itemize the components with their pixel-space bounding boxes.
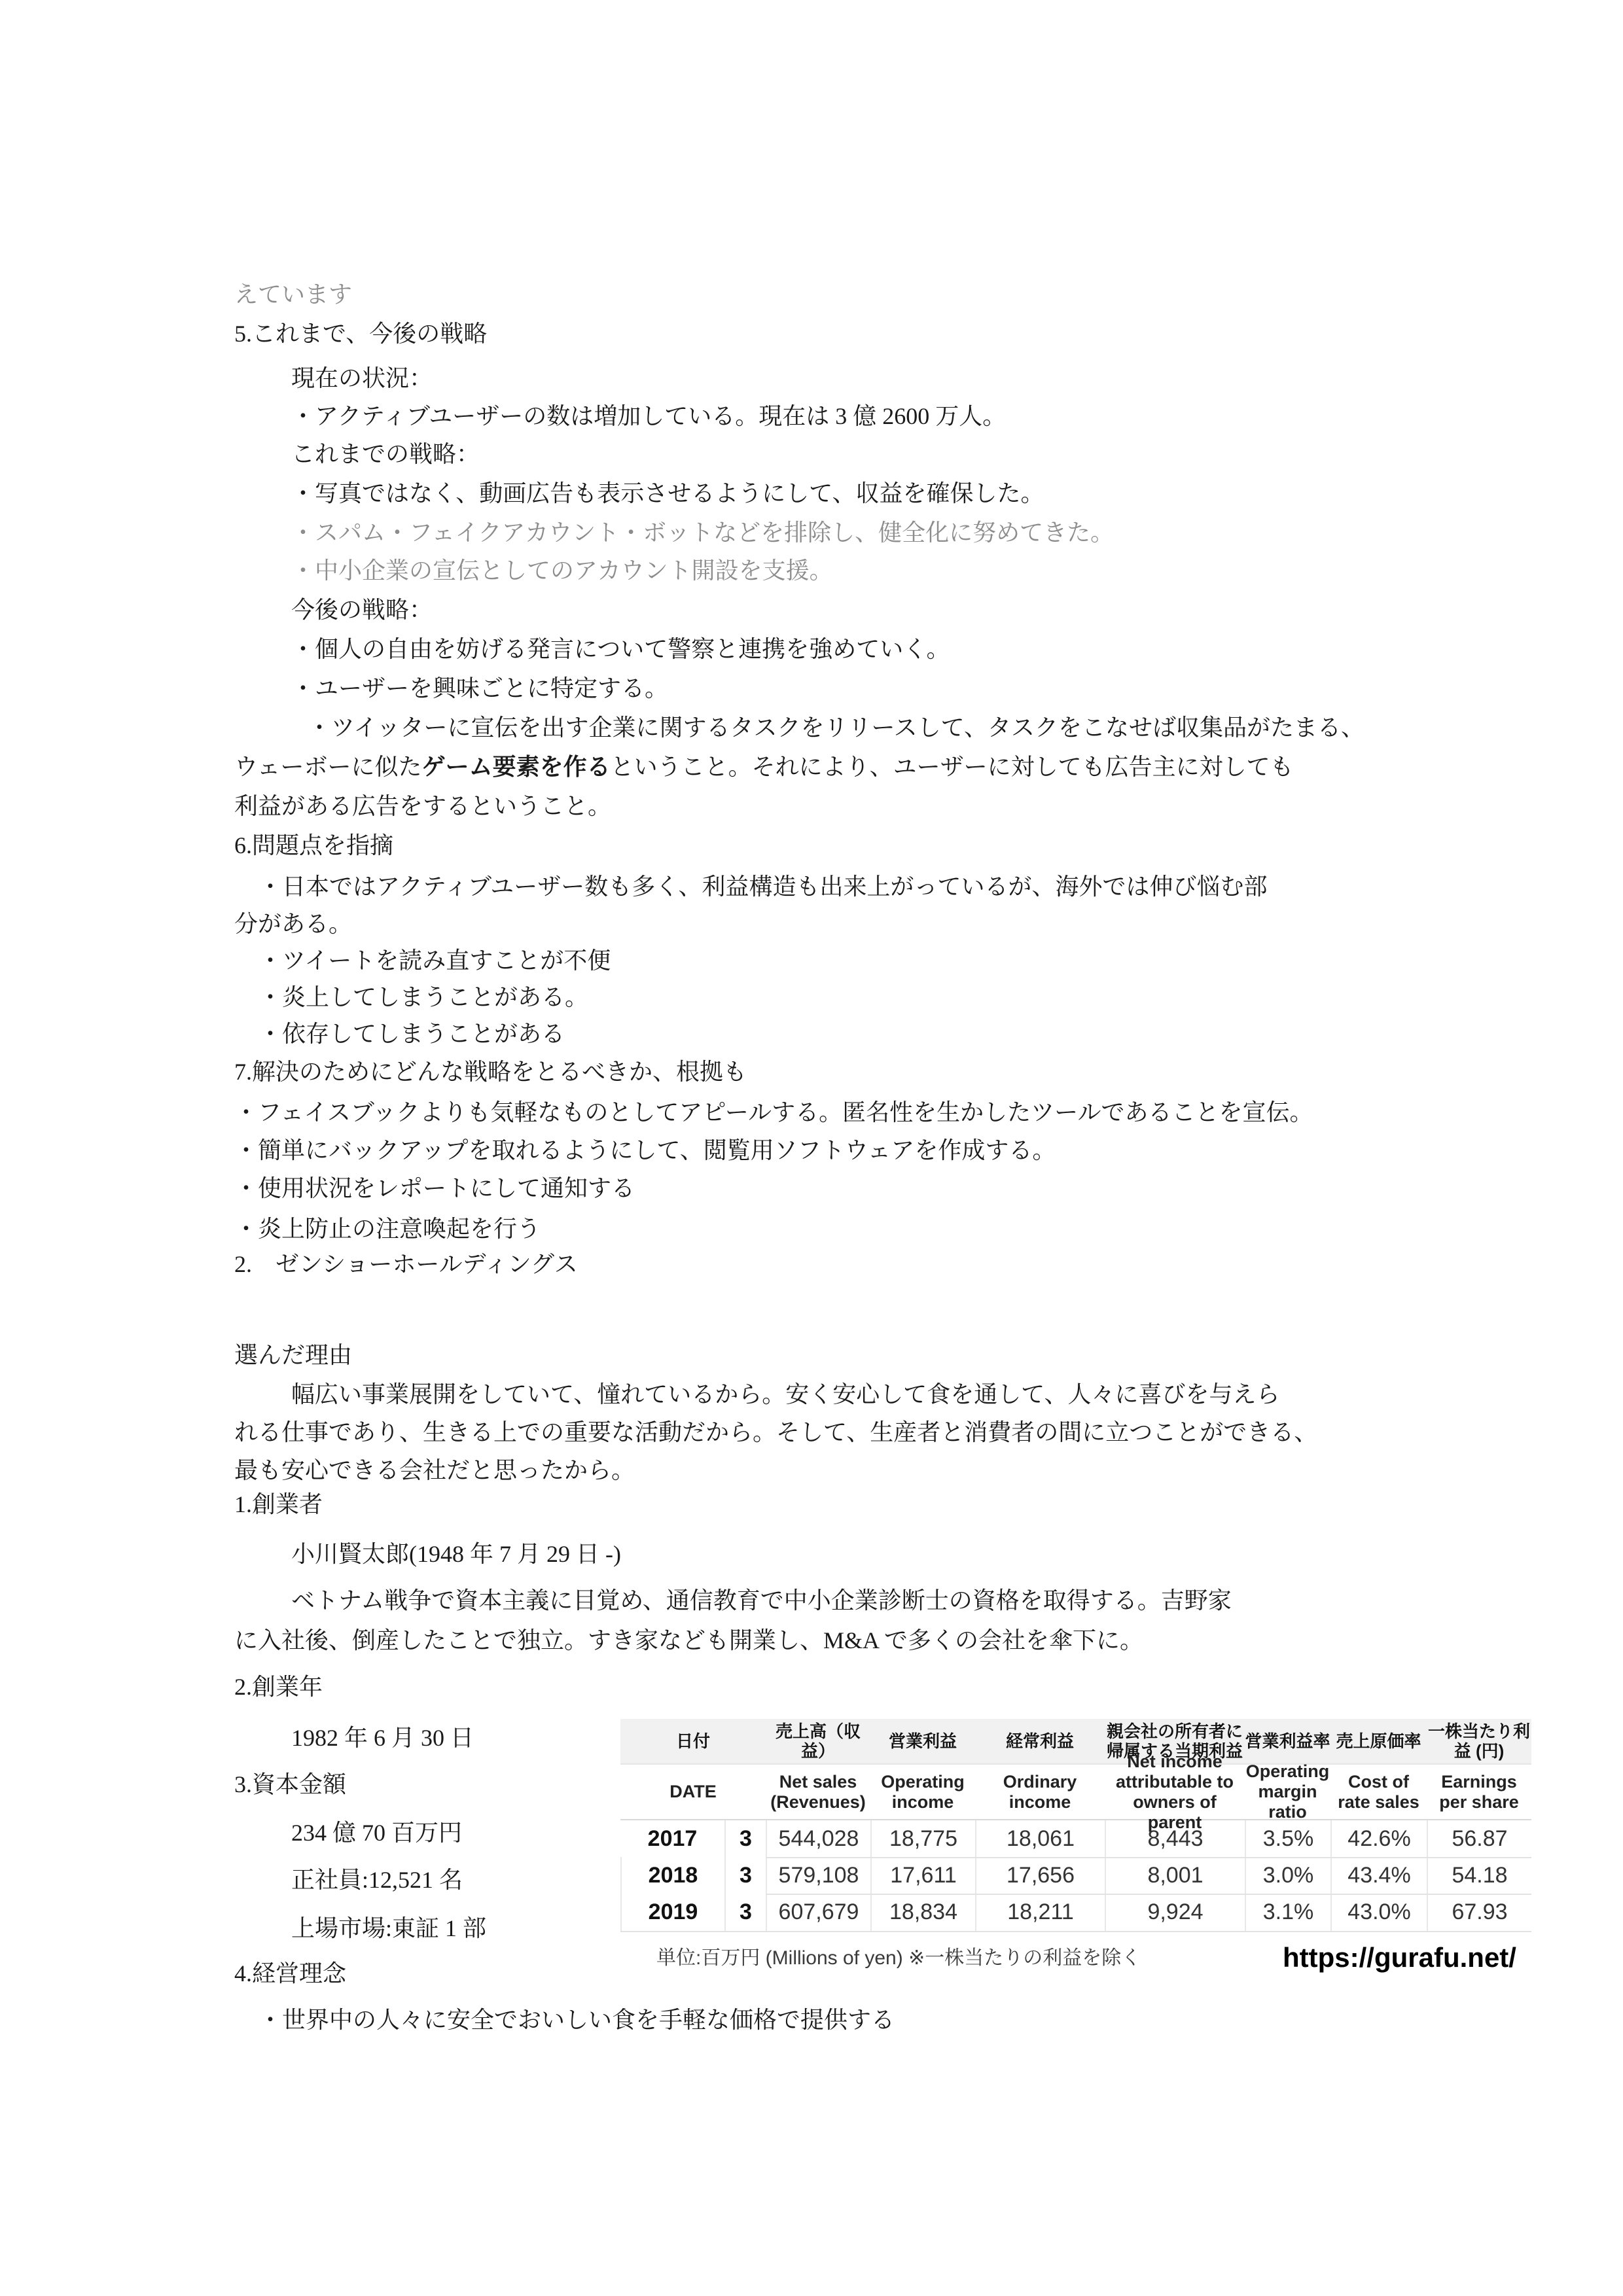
cell-value-0: 544,028 bbox=[766, 1820, 870, 1857]
table-footnote: 単位:百万円 (Millions of yen) ※一株当たりの利益を除く bbox=[656, 1943, 1141, 1973]
text-line-35: 1982 年 6 月 30 日 bbox=[291, 1718, 474, 1757]
cell-value-3: 9,924 bbox=[1105, 1894, 1245, 1931]
cell-value-6: 56.87 bbox=[1427, 1820, 1531, 1857]
text-line-19: ・依存してしまうことがある bbox=[259, 1014, 565, 1053]
table-header-en-2: Operating income bbox=[870, 1765, 975, 1819]
table-header-jp-3: 経常利益 bbox=[975, 1719, 1105, 1763]
table-header-en-7: Earnings per share bbox=[1427, 1765, 1531, 1819]
text-line-40: 4.経営理念 bbox=[234, 1954, 346, 1993]
table-header-en-5: Operating margin ratio bbox=[1245, 1765, 1330, 1819]
cell-month: 3 bbox=[724, 1820, 766, 1857]
table-source-url: https://gurafu.net/ bbox=[1283, 1941, 1516, 1975]
text-line-21: ・フェイスブックよりも気軽なものとしてアピールする。匿名性を生かしたツールである… bbox=[234, 1093, 1313, 1132]
text-line-8: 今後の戦略： bbox=[291, 590, 433, 629]
text-line-12: ウェーボーに似たゲーム要素を作るということ。それにより、ユーザーに対しても広告主… bbox=[234, 747, 1294, 786]
cell-year: 2019 bbox=[620, 1894, 724, 1931]
table-header-jp-1: 売上高（収益） bbox=[766, 1719, 870, 1763]
text-span: ウェーボーに似た bbox=[234, 754, 422, 780]
text-line-31: 小川賢太郎(1948 年 7 月 29 日 -) bbox=[291, 1534, 621, 1574]
table-header-en-4: Net income attributable to owners of par… bbox=[1105, 1765, 1245, 1819]
text-line-10: ・ユーザーを興味ごとに特定する。 bbox=[291, 669, 668, 708]
cell-value-2: 17,656 bbox=[975, 1857, 1105, 1894]
cell-value-0: 579,108 bbox=[766, 1857, 870, 1894]
text-line-13: 利益がある広告をするということ。 bbox=[234, 786, 611, 826]
text-line-39: 上場市場:東証 1 部 bbox=[291, 1909, 486, 1948]
text-line-2: 現在の状況： bbox=[291, 359, 433, 398]
cell-value-2: 18,211 bbox=[975, 1894, 1105, 1931]
text-line-25: 2. ゼンショーホールディングス bbox=[234, 1245, 578, 1284]
cell-value-0: 607,679 bbox=[766, 1894, 870, 1931]
table-header-row-en: DATENet sales (Revenues)Operating income… bbox=[620, 1765, 1531, 1820]
cell-value-5: 42.6% bbox=[1330, 1820, 1427, 1857]
text-line-27: 幅広い事業展開をしていて、憧れているから。安く安心して食を通して、人々に喜びを与… bbox=[291, 1375, 1280, 1414]
text-line-28: れる仕事であり、生きる上での重要な活動だから。そして、生産者と消費者の間に立つこ… bbox=[234, 1413, 1317, 1452]
table-header-en-3: Ordinary income bbox=[975, 1765, 1105, 1819]
table-row-2017: 20173544,02818,77518,0618,4433.5%42.6%56… bbox=[620, 1820, 1531, 1857]
text-line-9: ・個人の自由を妨げる発言について警察と連携を強めていく。 bbox=[291, 629, 950, 669]
text-line-20: 7.解決のためにどんな戦略をとるべきか、根拠も bbox=[234, 1052, 747, 1091]
cell-month: 3 bbox=[724, 1857, 766, 1894]
table-header-jp-6: 売上原価率 bbox=[1330, 1719, 1427, 1763]
table-header-en-1: Net sales (Revenues) bbox=[766, 1765, 870, 1819]
text-line-29: 最も安心できる会社だと思ったから。 bbox=[234, 1451, 635, 1490]
text-line-30: 1.創業者 bbox=[234, 1485, 323, 1524]
text-line-6: ・スパム・フェイクアカウント・ボットなどを排除し、健全化に努めてきた。 bbox=[291, 513, 1114, 552]
table-body: 20173544,02818,77518,0618,4433.5%42.6%56… bbox=[620, 1820, 1531, 1932]
cell-value-3: 8,443 bbox=[1105, 1820, 1245, 1857]
cell-value-4: 3.5% bbox=[1245, 1820, 1330, 1857]
text-line-37: 234 億 70 百万円 bbox=[291, 1813, 462, 1852]
cell-value-2: 18,061 bbox=[975, 1820, 1105, 1857]
table-header-jp-2: 営業利益 bbox=[870, 1719, 975, 1763]
cell-value-3: 8,001 bbox=[1105, 1857, 1245, 1894]
bold-phrase: ゲーム要素を作る bbox=[422, 754, 611, 780]
financial-table-image: 日付売上高（収益）営業利益経常利益親会社の所有者に帰属する当期利益営業利益率売上… bbox=[620, 1719, 1531, 1932]
table-row-2018: 20183579,10817,61117,6568,0013.0%43.4%54… bbox=[620, 1857, 1531, 1894]
text-line-16: 分がある。 bbox=[234, 904, 352, 944]
text-line-0: えています bbox=[234, 275, 352, 314]
text-line-1: 5.これまで、今後の戦略 bbox=[234, 314, 487, 353]
text-line-15: ・日本ではアクティブユーザー数も多く、利益構造も出来上がっているが、海外では伸び… bbox=[259, 867, 1268, 906]
text-line-24: ・炎上防止の注意喚起を行う bbox=[234, 1209, 541, 1248]
table-header-jp-7: 一株当たり利益 (円) bbox=[1427, 1719, 1531, 1763]
text-line-26: 選んだ理由 bbox=[234, 1335, 352, 1375]
text-line-34: 2.創業年 bbox=[234, 1667, 323, 1706]
text-line-14: 6.問題点を指摘 bbox=[234, 826, 393, 865]
text-line-22: ・簡単にバックアップを取れるようにして、閲覧用ソフトウェアを作成する。 bbox=[234, 1131, 1056, 1170]
text-line-33: に入社後、倒産したことで独立。すき家なども開業し、M&A で多くの会社を傘下に。 bbox=[234, 1621, 1143, 1660]
text-line-38: 正社員:12,521 名 bbox=[291, 1860, 463, 1899]
document-page: えています5.これまで、今後の戦略現在の状況：・アクティブユーザーの数は増加して… bbox=[0, 0, 1623, 2296]
text-line-5: ・写真ではなく、動画広告も表示させるようにして、収益を確保した。 bbox=[291, 474, 1044, 513]
text-line-3: ・アクティブユーザーの数は増加している。現在は 3 億 2600 万人。 bbox=[291, 397, 1006, 436]
cell-value-4: 3.0% bbox=[1245, 1857, 1330, 1894]
table-header-jp-5: 営業利益率 bbox=[1245, 1719, 1330, 1763]
text-line-41: ・世界中の人々に安全でおいしい食を手軽な価格で提供する bbox=[259, 2000, 895, 2040]
cell-year: 2018 bbox=[620, 1857, 724, 1894]
cell-value-6: 54.18 bbox=[1427, 1857, 1531, 1894]
text-span: ということ。それにより、ユーザーに対しても広告主に対しても bbox=[611, 754, 1294, 780]
cell-year: 2017 bbox=[620, 1820, 724, 1857]
text-line-17: ・ツイートを読み直すことが不便 bbox=[259, 941, 611, 980]
table-header-en-0: DATE bbox=[620, 1765, 766, 1819]
table-header-en-6: Cost of rate sales bbox=[1330, 1765, 1427, 1819]
text-line-18: ・炎上してしまうことがある。 bbox=[259, 978, 588, 1017]
cell-value-4: 3.1% bbox=[1245, 1894, 1330, 1931]
text-line-36: 3.資本金額 bbox=[234, 1765, 346, 1804]
table-header-row-jp: 日付売上高（収益）営業利益経常利益親会社の所有者に帰属する当期利益営業利益率売上… bbox=[620, 1719, 1531, 1765]
cell-value-1: 17,611 bbox=[870, 1857, 975, 1894]
row-separator bbox=[766, 1857, 1531, 1858]
table-header-jp-0: 日付 bbox=[620, 1719, 766, 1763]
text-line-23: ・使用状況をレポートにして通知する bbox=[234, 1169, 635, 1208]
cell-value-5: 43.4% bbox=[1330, 1857, 1427, 1894]
cell-value-1: 18,775 bbox=[870, 1820, 975, 1857]
cell-value-6: 67.93 bbox=[1427, 1894, 1531, 1931]
text-line-4: これまでの戦略： bbox=[291, 434, 480, 474]
text-line-11: ・ツイッターに宣伝を出す企業に関するタスクをリリースして、タスクをこなせば収集品… bbox=[308, 708, 1364, 747]
table-row-2019: 20193607,67918,83418,2119,9243.1%43.0%67… bbox=[620, 1894, 1531, 1932]
text-line-7: ・中小企業の宣伝としてのアカウント開設を支援。 bbox=[291, 551, 833, 590]
cell-month: 3 bbox=[724, 1894, 766, 1931]
cell-value-5: 43.0% bbox=[1330, 1894, 1427, 1931]
text-line-32: ベトナム戦争で資本主義に目覚め、通信教育で中小企業診断士の資格を取得する。吉野家 bbox=[291, 1581, 1232, 1620]
row-separator bbox=[766, 1894, 1531, 1895]
cell-value-1: 18,834 bbox=[870, 1894, 975, 1931]
